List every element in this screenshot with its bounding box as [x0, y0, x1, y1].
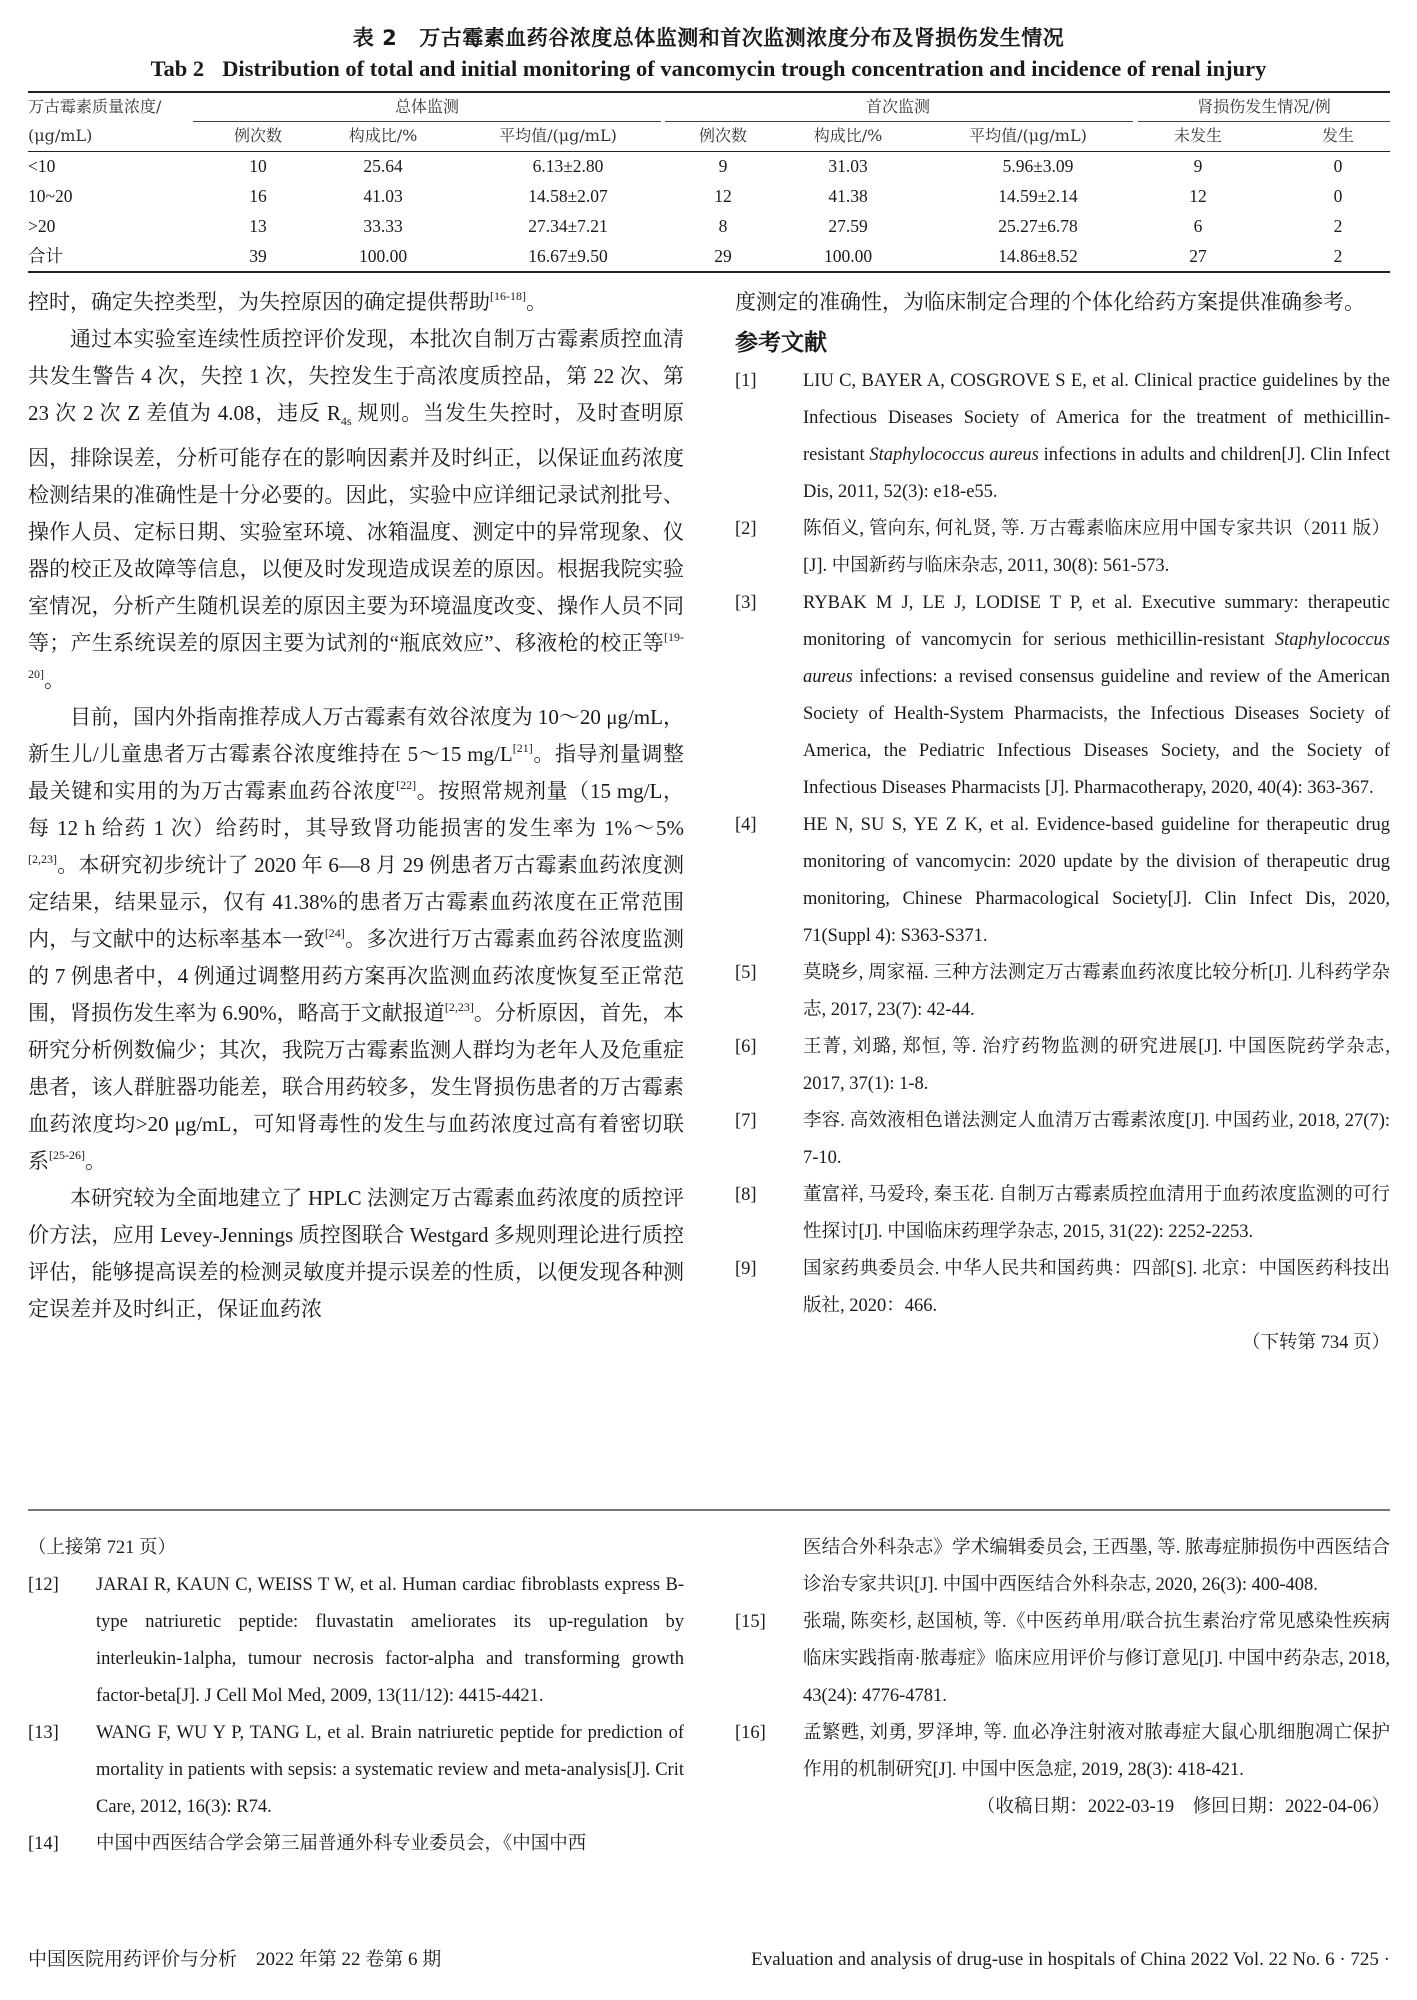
text: 王菁, 刘璐, 郑恒, 等. 治疗药物监测的研究进展[J]. 中国医院药学杂志,…	[803, 1037, 1390, 1094]
cell-total-n: 10	[218, 154, 298, 178]
cell-no-injury: 9	[1158, 154, 1238, 178]
paragraph: 目前，国内外指南推荐成人万古霉素有效谷浓度为 10～20 μg/mL，新生儿/儿…	[28, 699, 684, 1180]
reference-item: [1]LIU C, BAYER A, COSGROVE S E, et al. …	[735, 363, 1390, 511]
reference-item: [4]HE N, SU S, YE Z K, et al. Evidence-b…	[735, 807, 1390, 955]
paragraph: 控时，确定失控类型，为失控原因的确定提供帮助[16-18]。	[28, 284, 684, 321]
text: 陈佰义, 管向东, 何礼贤, 等. 万古霉素临床应用中国专家共识（2011 版）…	[803, 519, 1390, 576]
reference-number: [4]	[735, 807, 757, 844]
col-header-init-mean: 平均值/(μg/mL)	[948, 124, 1108, 148]
cell-range: 合计	[28, 244, 63, 268]
cell-init-n: 8	[683, 214, 763, 238]
reference-number: [1]	[735, 363, 757, 400]
cell-injury: 0	[1298, 154, 1378, 178]
section-divider	[28, 1509, 1390, 1511]
reference-item-continued: 医结合外科杂志》学术编辑委员会, 王西墨, 等. 脓毒症肺损伤中西医结合诊治专家…	[735, 1530, 1390, 1604]
subscript: 4s	[341, 414, 352, 428]
cell-no-injury: 12	[1158, 184, 1238, 208]
col-header-total-n: 例次数	[218, 124, 298, 148]
reference-number: [16]	[735, 1715, 766, 1752]
reference-item: [7]李容. 高效液相色谱法测定人血清万古霉素浓度[J]. 中国药业, 2018…	[735, 1103, 1390, 1177]
text: 李容. 高效液相色谱法测定人血清万古霉素浓度[J]. 中国药业, 2018, 2…	[803, 1111, 1390, 1168]
cell-init-pct: 41.38	[798, 184, 898, 208]
reference-number: [3]	[735, 585, 757, 622]
reference-number: [5]	[735, 955, 757, 992]
reference-number: [7]	[735, 1103, 757, 1140]
reference-number: [13]	[28, 1715, 59, 1752]
cell-init-mean: 5.96±3.09	[958, 154, 1118, 178]
continued-from-note: （上接第 721 页）	[28, 1530, 684, 1567]
header-bottom-rule	[28, 151, 1390, 152]
group-header-initial: 首次监测	[663, 95, 1133, 119]
reference-item: [16]孟繁甦, 刘勇, 罗泽坤, 等. 血必净注射液对脓毒症大鼠心肌细胞凋亡保…	[735, 1715, 1390, 1789]
col-header-init-pct: 构成比/%	[798, 124, 898, 148]
table-label-en: Tab 2	[151, 56, 205, 81]
table-caption-zh: 表 2万古霉素血药谷浓度总体监测和首次监测浓度分布及肾损伤发生情况	[0, 22, 1417, 52]
text: 。分析原因，首先，本研究分析例数偏少；其次，我院万古霉素监测人群均为老年人及危重…	[28, 1001, 684, 1173]
reference-item: [9]国家药典委员会. 中华人民共和国药典：四部[S]. 北京：中国医药科技出版…	[735, 1251, 1390, 1325]
cell-init-mean: 14.86±8.52	[958, 244, 1118, 268]
reference-item: [12]JARAI R, KAUN C, WEISS T W, et al. H…	[28, 1567, 684, 1715]
citation: [2,23]	[28, 852, 57, 866]
reference-number: [9]	[735, 1251, 757, 1288]
bottom-right-column: 医结合外科杂志》学术编辑委员会, 王西墨, 等. 脓毒症肺损伤中西医结合诊治专家…	[735, 1530, 1390, 1826]
text: WANG F, WU Y P, TANG L, et al. Brain nat…	[96, 1723, 684, 1817]
footer-journal-en-page: Evaluation and analysis of drug-use in h…	[751, 1946, 1390, 1974]
paragraph: 本研究较为全面地建立了 HPLC 法测定万古霉素血药浓度的质控评价方法，应用 L…	[28, 1180, 684, 1328]
table-caption-en: Tab 2Distribution of total and initial m…	[0, 56, 1417, 82]
cell-total-mean: 27.34±7.21	[488, 214, 648, 238]
citation: [21]	[513, 741, 533, 755]
row-header-line2: (μg/mL)	[28, 124, 92, 148]
cell-range: >20	[28, 214, 55, 238]
reference-item: [5]莫晓乡, 周家福. 三种方法测定万古霉素血药浓度比较分析[J]. 儿科药学…	[735, 955, 1390, 1029]
cell-total-n: 39	[218, 244, 298, 268]
reference-item: [15]张瑞, 陈奕杉, 赵国桢, 等.《中医药单用/联合抗生素治疗常见感染性疾…	[735, 1604, 1390, 1715]
reference-item: [2]陈佰义, 管向东, 何礼贤, 等. 万古霉素临床应用中国专家共识（2011…	[735, 511, 1390, 585]
cell-injury: 0	[1298, 184, 1378, 208]
citation: [25-26]	[49, 1148, 85, 1162]
cell-range: 10~20	[28, 184, 72, 208]
cell-total-n: 13	[218, 214, 298, 238]
cell-init-pct: 31.03	[798, 154, 898, 178]
bottom-left-column: （上接第 721 页） [12]JARAI R, KAUN C, WEISS T…	[28, 1530, 684, 1863]
cell-total-n: 16	[218, 184, 298, 208]
cell-init-mean: 14.59±2.14	[958, 184, 1118, 208]
col-header-init-n: 例次数	[683, 124, 763, 148]
left-column: 控时，确定失控类型，为失控原因的确定提供帮助[16-18]。 通过本实验室连续性…	[28, 284, 684, 1328]
text: 国家药典委员会. 中华人民共和国药典：四部[S]. 北京：中国医药科技出版社, …	[803, 1259, 1390, 1316]
col-header-total-pct: 构成比/%	[333, 124, 433, 148]
reference-number: [12]	[28, 1567, 59, 1604]
text: 中国中西医结合学会第三届普通外科专业委员会，《中国中西	[96, 1834, 586, 1854]
col-header-injury: 发生	[1298, 124, 1378, 148]
group-header-total: 总体监测	[193, 95, 661, 119]
text: 。	[526, 290, 547, 314]
data-table: 万古霉素质量浓度/ 总体监测 首次监测 肾损伤发生情况/例 (μg/mL) 例次…	[28, 90, 1390, 275]
text: 张瑞, 陈奕杉, 赵国桢, 等.《中医药单用/联合抗生素治疗常见感染性疾病临床实…	[803, 1612, 1390, 1706]
text: 孟繁甦, 刘勇, 罗泽坤, 等. 血必净注射液对脓毒症大鼠心肌细胞凋亡保护作用的…	[803, 1723, 1390, 1780]
cell-init-n: 9	[683, 154, 763, 178]
cell-total-pct: 41.03	[333, 184, 433, 208]
cell-init-pct: 100.00	[798, 244, 898, 268]
cell-total-mean: 16.67±9.50	[488, 244, 648, 268]
table-label-zh: 表 2	[353, 26, 397, 50]
references-heading: 参考文献	[735, 325, 1390, 361]
reference-number: [14]	[28, 1826, 59, 1863]
text: 规则。当发生失控时，及时查明原因，排除误差，分析可能存在的影响因素并及时纠正，以…	[28, 401, 684, 655]
cell-range: <10	[28, 154, 55, 178]
reference-number: [6]	[735, 1029, 757, 1066]
row-header-line1: 万古霉素质量浓度/	[28, 95, 161, 119]
table-bottom-rule	[28, 271, 1390, 273]
cell-injury: 2	[1298, 244, 1378, 268]
citation: [2,23]	[445, 1000, 474, 1014]
cell-init-n: 29	[683, 244, 763, 268]
reference-item: [14]中国中西医结合学会第三届普通外科专业委员会，《中国中西	[28, 1826, 684, 1863]
text: 莫晓乡, 周家福. 三种方法测定万古霉素血药浓度比较分析[J]. 儿科药学杂志,…	[803, 963, 1390, 1020]
species-name: Staphylococcus aureus	[869, 445, 1038, 465]
text: 。	[85, 1149, 106, 1173]
table-title-zh: 万古霉素血药谷浓度总体监测和首次监测浓度分布及肾损伤发生情况	[419, 26, 1064, 50]
cell-total-pct: 100.00	[333, 244, 433, 268]
reference-item: [13]WANG F, WU Y P, TANG L, et al. Brain…	[28, 1715, 684, 1826]
text: infections: a revised consensus guidelin…	[803, 667, 1390, 798]
text: 医结合外科杂志》学术编辑委员会, 王西墨, 等. 脓毒症肺损伤中西医结合诊治专家…	[803, 1538, 1390, 1595]
citation: [22]	[396, 778, 416, 792]
reference-number: [8]	[735, 1177, 757, 1214]
table-title-en: Distribution of total and initial monito…	[222, 56, 1266, 81]
reference-number: [15]	[735, 1604, 766, 1641]
text: 控时，确定失控类型，为失控原因的确定提供帮助	[28, 290, 490, 314]
cell-total-mean: 6.13±2.80	[488, 154, 648, 178]
text: 董富祥, 马爱玲, 秦玉花. 自制万古霉素质控血清用于血药浓度监测的可行性探讨[…	[803, 1185, 1390, 1242]
reference-list: [1]LIU C, BAYER A, COSGROVE S E, et al. …	[735, 363, 1390, 1325]
cell-total-pct: 33.33	[333, 214, 433, 238]
right-column: 度测定的准确性，为临床制定合理的个体化给药方案提供准确参考。 参考文献 [1]L…	[735, 284, 1390, 1362]
col-header-no-injury: 未发生	[1158, 124, 1238, 148]
group-rule-initial	[665, 121, 1133, 122]
text: 。	[44, 668, 65, 692]
cell-total-mean: 14.58±2.07	[488, 184, 648, 208]
reference-item: [8]董富祥, 马爱玲, 秦玉花. 自制万古霉素质控血清用于血药浓度监测的可行性…	[735, 1177, 1390, 1251]
cell-no-injury: 6	[1158, 214, 1238, 238]
paragraph: 度测定的准确性，为临床制定合理的个体化给药方案提供准确参考。	[735, 284, 1390, 321]
reference-item: [6]王菁, 刘璐, 郑恒, 等. 治疗药物监测的研究进展[J]. 中国医院药学…	[735, 1029, 1390, 1103]
received-revised-dates: （收稿日期：2022-03-19 修回日期：2022-04-06）	[735, 1789, 1390, 1826]
col-header-total-mean: 平均值/(μg/mL)	[478, 124, 638, 148]
citation: [16-18]	[490, 289, 526, 303]
paragraph: 通过本实验室连续性质控评价发现，本批次自制万古霉素质控血清共发生警告 4 次，失…	[28, 321, 684, 699]
group-rule-renal	[1138, 121, 1390, 122]
cell-no-injury: 27	[1158, 244, 1238, 268]
text: HE N, SU S, YE Z K, et al. Evidence-base…	[803, 815, 1390, 946]
group-header-renal: 肾损伤发生情况/例	[1138, 95, 1390, 119]
footer-journal-zh: 中国医院用药评价与分析 2022 年第 22 卷第 6 期	[28, 1946, 441, 1974]
cell-injury: 2	[1298, 214, 1378, 238]
cell-init-mean: 25.27±6.78	[958, 214, 1118, 238]
group-rule-total	[193, 121, 661, 122]
cell-total-pct: 25.64	[333, 154, 433, 178]
table-top-rule	[28, 91, 1390, 93]
citation: [24]	[325, 926, 345, 940]
text: JARAI R, KAUN C, WEISS T W, et al. Human…	[96, 1575, 684, 1706]
cell-init-n: 12	[683, 184, 763, 208]
reference-item: [3]RYBAK M J, LE J, LODISE T P, et al. E…	[735, 585, 1390, 807]
cell-init-pct: 27.59	[798, 214, 898, 238]
reference-number: [2]	[735, 511, 757, 548]
continued-to-note: （下转第 734 页）	[735, 1325, 1390, 1362]
